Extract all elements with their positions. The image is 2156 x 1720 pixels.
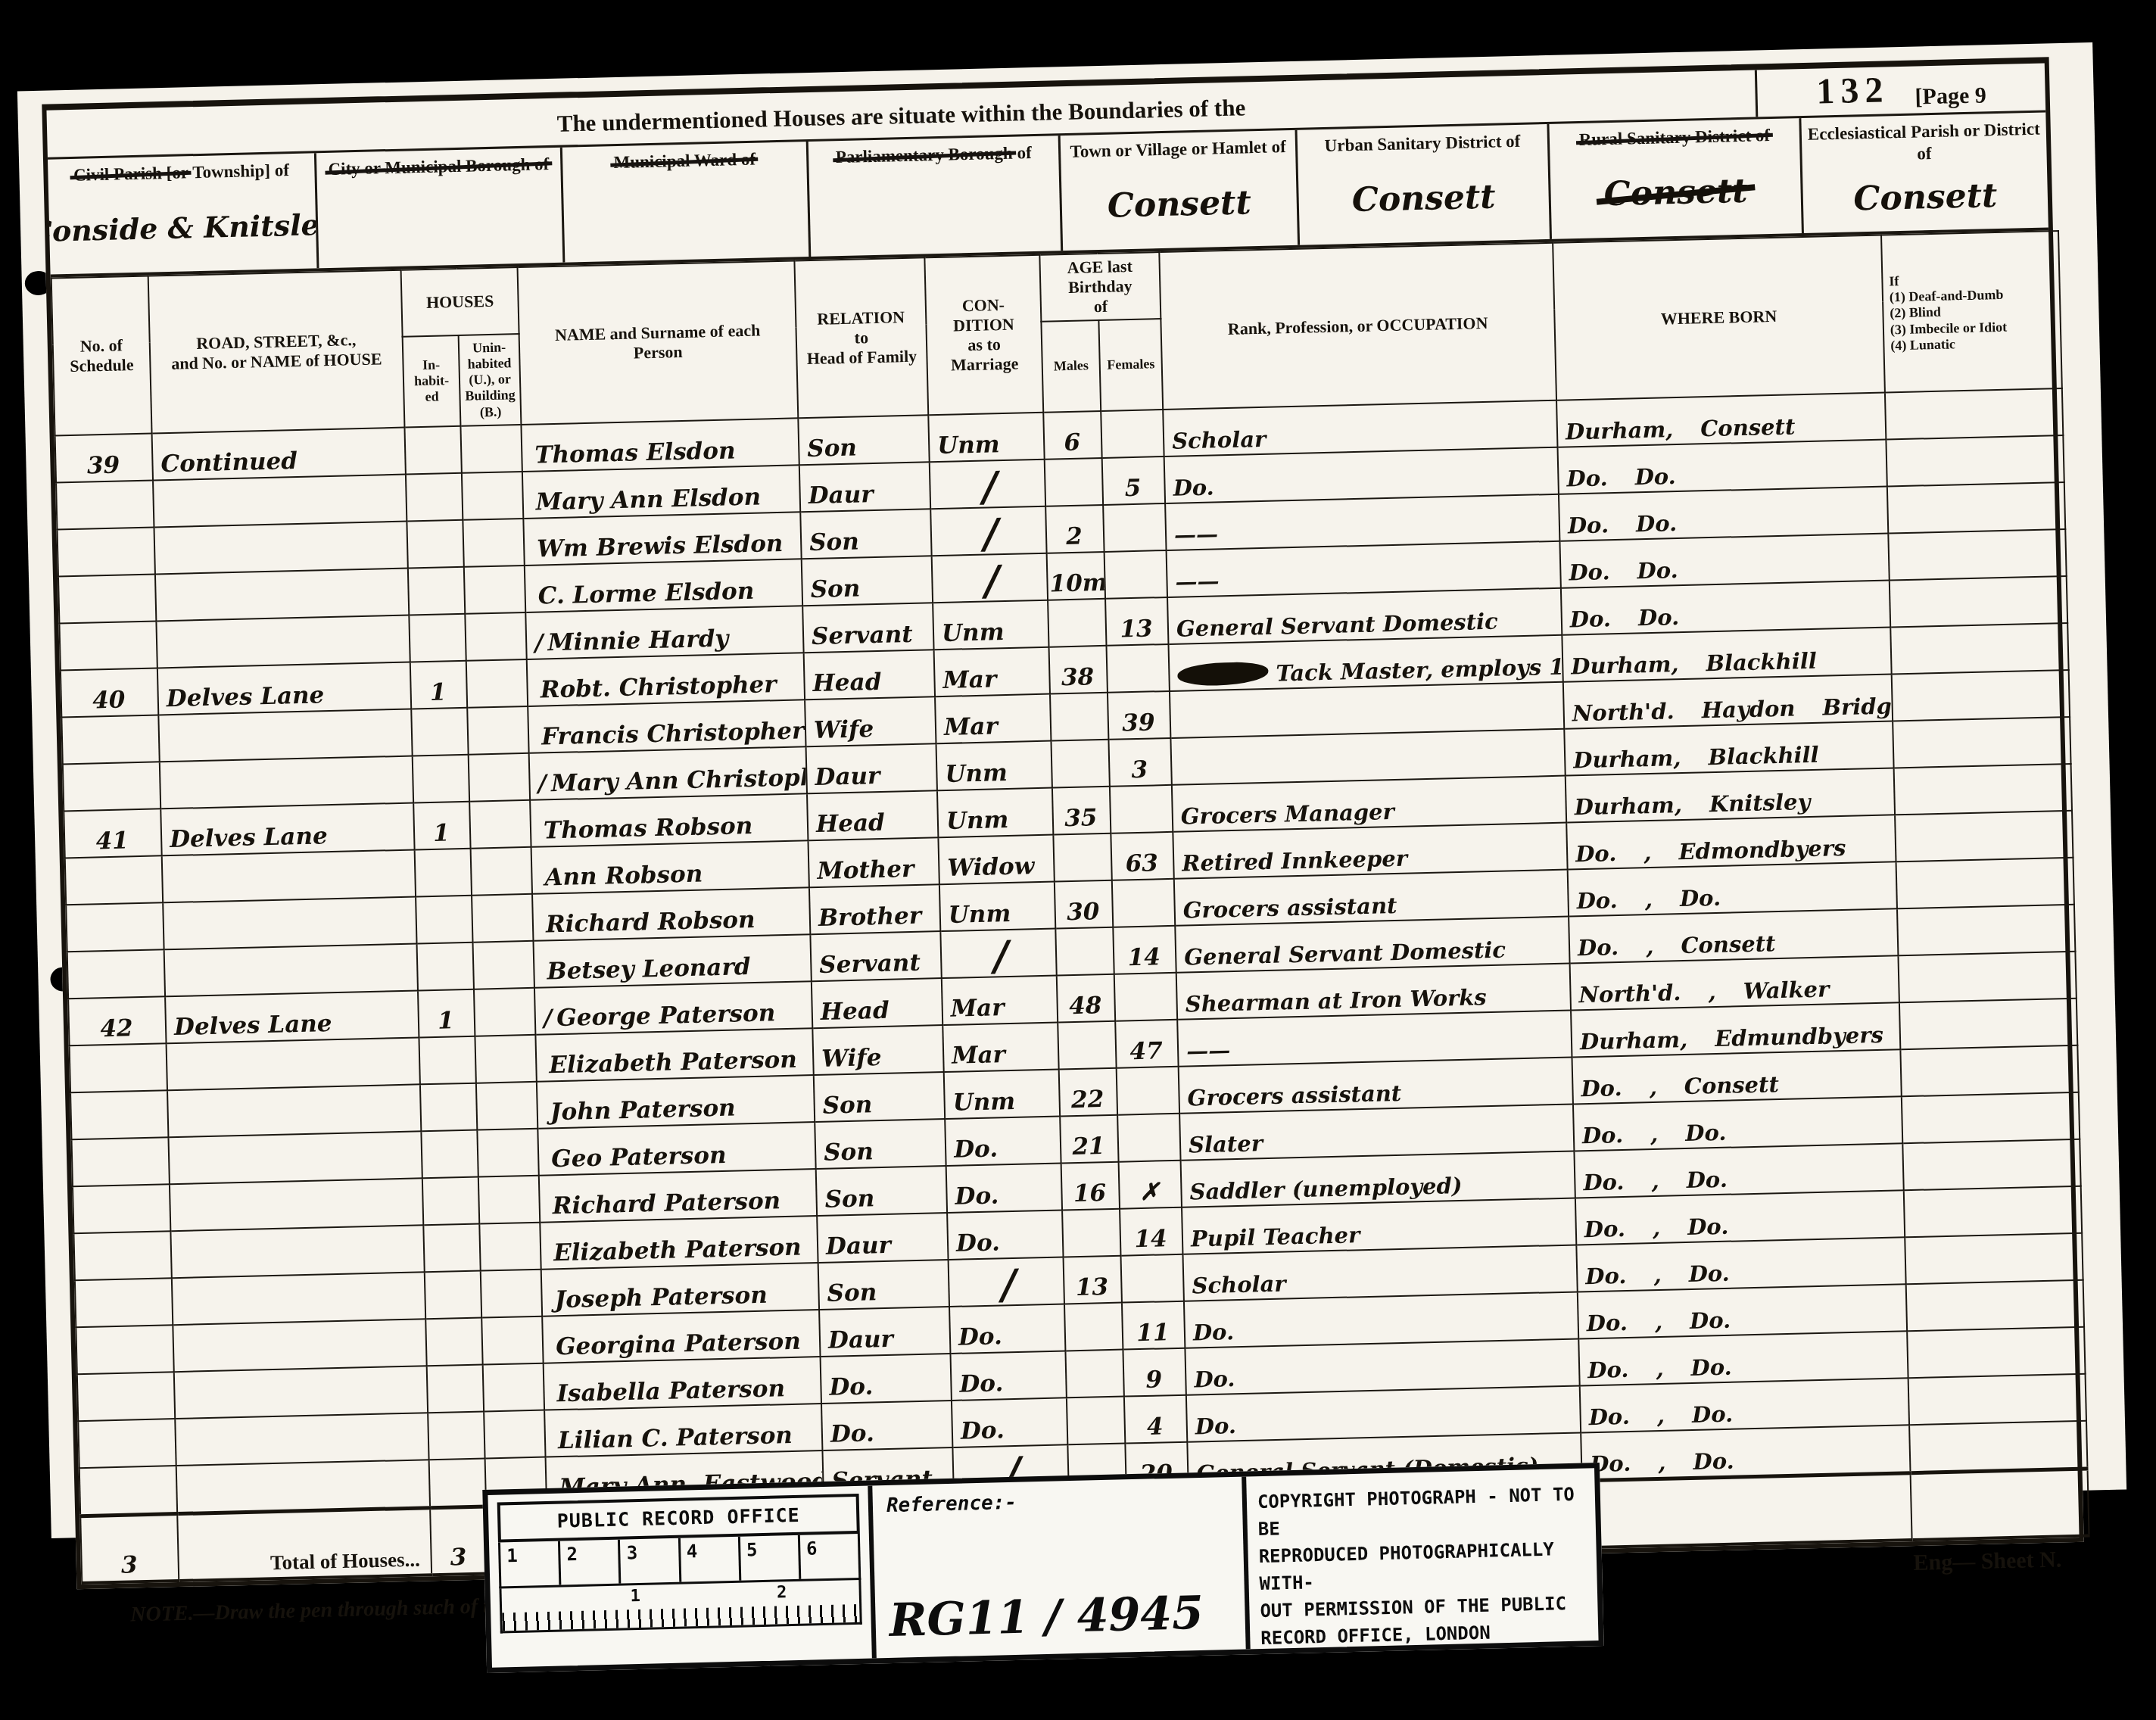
- ruler-number: 2: [777, 1583, 787, 1602]
- cell-born: North'd. Haydon Bridge: [1563, 674, 1893, 728]
- cell-relation: Son: [800, 509, 931, 559]
- cell-age-male: 30: [1055, 880, 1113, 929]
- cell-age-male: 13: [1064, 1256, 1122, 1304]
- cell-name: ∕Minnie Hardy: [525, 606, 803, 659]
- form-frame: The undermentioned Houses are situate wi…: [42, 57, 2083, 1589]
- cell-infirmity: [1907, 1327, 2085, 1378]
- cell-condition: Mar: [934, 647, 1050, 697]
- stamp-ruler-section: PUBLIC RECORD OFFICE 1 2 3 4 5 6 1 2: [488, 1486, 871, 1668]
- cell-condition: Mar: [942, 975, 1058, 1025]
- field-parliamentary-borough: Parliamentary Borough of: [806, 136, 1061, 257]
- census-body: 39 Continued Thomas Elsdon Son Unm 6 Sch…: [55, 388, 2088, 1516]
- pen-mark: [532, 536, 533, 563]
- scanned-census-page: { "colors": {"background": "#000000", "p…: [0, 0, 2156, 1720]
- cell-relation: Head: [812, 978, 942, 1028]
- field-civil-parish: Civil Parish [or Township] of Conside & …: [48, 153, 316, 274]
- cell-age-male: [1067, 1396, 1125, 1444]
- total-schedules: 3: [80, 1513, 179, 1582]
- cell-infirmity: [1885, 388, 2063, 439]
- cell-infirmity: [1896, 858, 2074, 908]
- cell-relation: Wife: [805, 696, 936, 746]
- cell-condition: /: [930, 506, 1046, 556]
- cell-age-female: 39: [1108, 691, 1170, 740]
- cell-born: Do. , Do.: [1568, 862, 1897, 916]
- field-value-handwritten: Consett: [1298, 152, 1550, 245]
- cell-name: Francis Christopher: [528, 700, 805, 753]
- cell-schedule: 39: [55, 433, 153, 482]
- cell-name: Robt. Christopher: [527, 653, 805, 706]
- cell-road: [168, 1131, 422, 1184]
- cell-name: Elizabeth Paterson: [535, 1028, 813, 1082]
- cell-age-male: 48: [1057, 974, 1115, 1023]
- cell-age-male: [1045, 458, 1103, 506]
- cell-relation: Wife: [812, 1025, 943, 1075]
- cell-infirmity: [1909, 1421, 2087, 1473]
- cell-age-male: [1062, 1209, 1120, 1257]
- cell-age-male: 2: [1045, 505, 1104, 553]
- struck-label: Municipal Ward of: [613, 149, 756, 174]
- pen-mark: [550, 1286, 550, 1313]
- cell-age-female: 14: [1120, 1207, 1182, 1256]
- cell-road: [176, 1460, 430, 1513]
- cell-relation: Son: [816, 1166, 947, 1216]
- cell-road: [160, 756, 413, 809]
- cell-uninhabited: [481, 1316, 543, 1365]
- cell-age-male: 6: [1043, 411, 1101, 460]
- cell-condition: Unm: [939, 881, 1055, 931]
- pen-mark: ∕: [534, 629, 544, 656]
- cell-age-female: 14: [1113, 926, 1176, 974]
- cell-road: [173, 1319, 426, 1372]
- cell-uninhabited: [481, 1270, 542, 1318]
- empty-cell: [1582, 1473, 1912, 1548]
- cell-schedule: [65, 855, 163, 905]
- col-header-schedule: No. of Schedule: [51, 276, 152, 436]
- cell-age-female: ✗: [1119, 1161, 1182, 1209]
- struck-label: Parliamentary Borough: [835, 143, 1013, 169]
- cell-relation: Son: [802, 556, 933, 606]
- pen-mark: [549, 1239, 550, 1267]
- ruler-number: 4: [678, 1537, 739, 1582]
- cell-condition: Do.: [947, 1210, 1063, 1260]
- col-header-uninhabited: Unin- habited (U.), or Building (B.): [459, 334, 522, 426]
- ruler-number: 5: [738, 1535, 799, 1581]
- cell-inhabited: [419, 1036, 475, 1085]
- cell-inhabited: [425, 1270, 481, 1319]
- field-label: Township] of: [192, 160, 289, 182]
- cell-condition: Unm: [936, 740, 1052, 790]
- cell-born: Do. , Do.: [1573, 1096, 1902, 1151]
- cell-infirmity: [1895, 811, 2073, 862]
- cell-uninhabited: [467, 706, 528, 755]
- cell-uninhabited: [479, 1223, 541, 1271]
- cell-uninhabited: [469, 800, 531, 849]
- cell-infirmity: [1898, 952, 2076, 1002]
- pen-mark: [547, 1145, 547, 1173]
- cell-relation: Mother: [808, 837, 939, 887]
- cell-uninhabited: [471, 847, 532, 896]
- cell-born: Durham, Edmundbyers: [1571, 1002, 1900, 1057]
- field-value-handwritten: Conside & Knitsley: [48, 181, 317, 275]
- field-rural-sanitary: Rural Sanitary District of Consett: [1547, 118, 1801, 239]
- cell-age-female: 9: [1123, 1348, 1185, 1397]
- cell-relation: Do.: [821, 1401, 952, 1450]
- cell-inhabited: [406, 473, 463, 522]
- cell-road: [153, 474, 407, 527]
- cell-relation: Daur: [806, 743, 937, 793]
- cell-condition: Do.: [949, 1304, 1065, 1354]
- cell-age-male: 22: [1059, 1068, 1117, 1117]
- cell-age-female: 5: [1102, 456, 1165, 505]
- cell-age-female: [1117, 1114, 1180, 1162]
- ruler-number: 3: [618, 1538, 679, 1584]
- cell-born: Do. Do.: [1561, 580, 1890, 634]
- field-value-handwritten: [563, 170, 809, 263]
- cell-condition: Unm: [928, 413, 1044, 463]
- pen-mark: ∕: [537, 770, 547, 797]
- cell-inhabited: [427, 1364, 484, 1413]
- cell-born: Do. , Consett: [1572, 1049, 1902, 1104]
- cell-condition: /: [949, 1257, 1064, 1307]
- cell-age-female: [1117, 1067, 1179, 1115]
- col-header-inhabited: In- habit- ed: [403, 335, 461, 428]
- cell-road: Continued: [152, 427, 406, 480]
- cell-infirmity: [1894, 764, 2072, 815]
- folio-box: 132 [Page 9: [1755, 63, 2045, 117]
- cell-born: Do. , Do.: [1578, 1284, 1907, 1338]
- col-header-infirmity: If (1) Deaf-and-Dumb (2) Blind (3) Imbec…: [1881, 231, 2062, 392]
- field-urban-sanitary: Urban Sanitary District of Consett: [1295, 124, 1550, 245]
- field-label: Ecclesiastical Parish or District of: [1808, 120, 2040, 164]
- cell-uninhabited: [483, 1363, 544, 1412]
- cell-road: [175, 1413, 428, 1466]
- cell-name: ∕George Paterson: [534, 981, 812, 1035]
- cell-condition: /: [932, 553, 1048, 603]
- cell-infirmity: [1899, 999, 2077, 1049]
- col-header-condition: CON- DITION as to Marriage: [924, 255, 1043, 415]
- cell-born: North'd. , Walker: [1570, 955, 1899, 1010]
- col-header-relation: RELATION to Head of Family: [794, 257, 928, 418]
- cell-name: Thomas Elsdon: [521, 418, 799, 472]
- cell-inhabited: 1: [418, 989, 475, 1038]
- col-header-houses-group: HOUSES: [401, 267, 519, 336]
- cell-inhabited: [417, 943, 474, 991]
- cell-name: Isabella Paterson: [544, 1357, 821, 1410]
- cell-schedule: [73, 1231, 171, 1280]
- cell-schedule: [56, 480, 154, 529]
- cell-age-female: [1112, 879, 1175, 927]
- cell-name: Richard Robson: [532, 887, 810, 941]
- cell-inhabited: [422, 1176, 479, 1225]
- cell-schedule: [58, 574, 156, 623]
- cell-inhabited: [408, 567, 465, 615]
- cell-road: [158, 709, 412, 762]
- cell-schedule: [75, 1278, 173, 1327]
- cell-condition: Unm: [933, 600, 1048, 650]
- cell-age-male: 35: [1052, 787, 1111, 835]
- cell-infirmity: [1893, 717, 2070, 768]
- cell-born: Do. , Consett: [1569, 908, 1898, 963]
- cell-condition: Unm: [937, 787, 1053, 837]
- field-town-village: Town or Village or Hamlet of Consett: [1058, 130, 1298, 251]
- cell-name: Mary Ann Elsdon: [522, 465, 800, 519]
- cell-inhabited: [411, 708, 468, 756]
- col-header-name: NAME and Surname of each Person: [518, 260, 799, 424]
- struck-label: Civil Parish [or: [73, 162, 189, 186]
- cell-road: [167, 1037, 420, 1090]
- cell-road: [172, 1272, 425, 1325]
- cell-road: [154, 521, 407, 574]
- cell-age-female: 11: [1122, 1301, 1185, 1350]
- cell-age-female: 47: [1115, 1020, 1178, 1068]
- cell-infirmity: [1886, 435, 2064, 486]
- cell-infirmity: [1888, 529, 2066, 580]
- cell-infirmity: [1904, 1186, 2082, 1237]
- field-value-handwritten: Consett: [1061, 158, 1298, 251]
- census-page-scan: ✶ ✶ The undermentioned Houses are situat…: [17, 42, 2126, 1538]
- cell-infirmity: [1900, 1045, 2078, 1096]
- cell-born: Do. , Do.: [1574, 1143, 1903, 1198]
- pen-mark: ∕: [543, 1005, 552, 1032]
- pen-mark: [531, 489, 531, 516]
- cell-relation: Daur: [799, 462, 930, 512]
- cell-condition: Do.: [950, 1351, 1066, 1401]
- cell-inhabited: [415, 849, 472, 897]
- ruler-number: 2: [558, 1540, 619, 1585]
- cell-born: Do. , Do.: [1580, 1378, 1909, 1432]
- cell-schedule: [63, 762, 160, 811]
- cell-uninhabited: [463, 519, 524, 567]
- cell-born: Do. Do.: [1559, 486, 1888, 541]
- total-houses-value: 3: [430, 1507, 488, 1575]
- cell-infirmity: [1887, 482, 2065, 533]
- cell-born: Do. , Do.: [1581, 1425, 1910, 1481]
- pen-mark: [537, 723, 537, 750]
- col-header-occupation: Rank, Profession, or OCCUPATION: [1159, 243, 1556, 410]
- cell-relation: Daur: [817, 1213, 948, 1263]
- cell-uninhabited: [484, 1410, 545, 1459]
- cell-age-female: [1114, 973, 1177, 1021]
- cell-age-female: [1101, 410, 1164, 458]
- cell-name: Lilian C. Paterson: [544, 1404, 822, 1457]
- cell-inhabited: [423, 1223, 480, 1272]
- cell-relation: Son: [815, 1119, 946, 1169]
- cell-born: Durham, Blackhill: [1564, 721, 1893, 775]
- field-label: Town or Village or Hamlet of: [1070, 137, 1286, 161]
- cell-inhabited: [409, 614, 466, 662]
- cell-schedule: [79, 1466, 177, 1516]
- cell-uninhabited: [473, 941, 534, 989]
- cell-infirmity: [1902, 1139, 2080, 1190]
- cell-age-female: [1110, 785, 1173, 834]
- cell-infirmity: [1905, 1233, 2083, 1284]
- cell-name: Geo Paterson: [537, 1122, 815, 1176]
- cell-relation: Son: [798, 415, 929, 465]
- cell-infirmity: [1902, 1092, 2080, 1143]
- cell-inhabited: [407, 520, 463, 569]
- cell-age-female: 3: [1108, 738, 1171, 787]
- cell-condition: Widow: [938, 834, 1054, 884]
- cell-age-female: [1103, 503, 1166, 552]
- field-ecclesiastical-parish: Ecclesiastical Parish or District of Con…: [1799, 112, 2048, 233]
- cell-schedule: [77, 1372, 175, 1421]
- cell-age-male: [1065, 1349, 1123, 1397]
- pen-mark: [533, 583, 534, 610]
- pen-mark: [551, 1333, 552, 1360]
- total-houses-label: Total of Houses...: [270, 1547, 420, 1574]
- cell-relation: Brother: [809, 884, 940, 934]
- census-form: The undermentioned Houses are situate wi…: [42, 57, 2085, 1628]
- cell-schedule: [66, 902, 164, 952]
- struck-label: Rural Sanitary District of: [1578, 125, 1770, 151]
- cell-age-male: [1048, 599, 1106, 647]
- cell-infirmity: [1890, 576, 2067, 627]
- cell-inhabited: [429, 1458, 486, 1507]
- field-municipal-ward: Municipal Ward of: [560, 142, 808, 263]
- cell-uninhabited: [477, 1129, 538, 1177]
- cell-name: Joseph Paterson: [541, 1263, 819, 1316]
- cell-schedule: [70, 1043, 167, 1092]
- sheet-footer: Eng— Sheet N.: [1913, 1547, 2062, 1576]
- cell-schedule: [71, 1137, 169, 1186]
- cell-name: C. Lorme Elsdon: [525, 559, 802, 612]
- cell-road: Delves Lane: [157, 662, 411, 715]
- cell-condition: /: [940, 928, 1056, 978]
- ruler-number: 1: [500, 1541, 559, 1587]
- col-header-females: Females: [1098, 319, 1163, 411]
- cell-road: Delves Lane: [160, 802, 414, 855]
- cell-uninhabited: [465, 612, 526, 661]
- cell-inhabited: [413, 755, 469, 803]
- cell-relation: Head: [807, 790, 938, 840]
- cell-uninhabited: [466, 659, 528, 708]
- ruler-number: 1: [630, 1587, 640, 1606]
- field-value-handwritten: [809, 164, 1061, 257]
- cell-uninhabited: [469, 753, 530, 802]
- stamp-ruler-ticks: 1 2: [499, 1580, 861, 1634]
- cell-name: John Paterson: [537, 1075, 815, 1129]
- pen-mark: [542, 958, 543, 985]
- cell-age-female: [1121, 1254, 1184, 1303]
- col-header-age-group: AGE last Birthday of: [1039, 252, 1161, 322]
- stamp-copyright-text: COPYRIGHT PHOTOGRAPH - NOT TO BE REPRODU…: [1246, 1468, 1598, 1649]
- cell-name: Wm Brewis Elsdon: [523, 512, 801, 566]
- cell-name: Richard Paterson: [539, 1169, 817, 1223]
- cell-road: [156, 615, 410, 668]
- pen-mark: [541, 911, 542, 938]
- cell-condition: Do.: [945, 1116, 1061, 1166]
- page-number-label: [Page 9: [1915, 83, 1986, 110]
- cell-age-female: 13: [1105, 597, 1168, 646]
- cell-uninhabited: [475, 1035, 536, 1083]
- cell-road: [170, 1225, 424, 1278]
- cell-age-female: [1107, 644, 1170, 693]
- pen-mark: [539, 817, 540, 844]
- cell-born: Do. , Edmondbyers: [1566, 815, 1896, 869]
- cell-relation: Do.: [821, 1354, 952, 1404]
- pen-mark: [540, 864, 541, 891]
- empty-cell: [1911, 1469, 2089, 1540]
- cell-infirmity: [1906, 1280, 2084, 1331]
- cell-schedule: [70, 1090, 168, 1139]
- cell-name: Elizabeth Paterson: [540, 1216, 818, 1270]
- cell-born: Durham, Knitsley: [1566, 768, 1895, 822]
- cell-road: Delves Lane: [165, 990, 419, 1043]
- cell-road: [170, 1178, 423, 1231]
- cell-born: Do. , Do.: [1578, 1331, 1908, 1385]
- cell-born: Do. Do.: [1559, 533, 1889, 587]
- cell-condition: Do.: [946, 1163, 1062, 1213]
- cell-name: Thomas Robson: [530, 793, 808, 847]
- cell-born: Do. Do.: [1558, 439, 1887, 494]
- cell-uninhabited: [472, 894, 533, 943]
- cell-condition: Unm: [944, 1069, 1060, 1119]
- cell-schedule: [78, 1419, 176, 1468]
- cell-name: Georgina Paterson: [542, 1310, 820, 1363]
- public-record-office-stamp: PUBLIC RECORD OFFICE 1 2 3 4 5 6 1 2 Ref…: [482, 1463, 1603, 1673]
- cell-schedule: [58, 527, 155, 576]
- cell-age-female: [1104, 550, 1167, 599]
- field-value-handwritten: Consett: [1802, 162, 2049, 233]
- cell-infirmity: [1892, 670, 2070, 721]
- cell-born: Durham, Consett: [1556, 392, 1886, 447]
- cell-relation: Head: [804, 650, 935, 700]
- cell-relation: Son: [814, 1072, 945, 1122]
- cell-uninhabited: [476, 1082, 537, 1130]
- folio-number: 132: [1816, 69, 1890, 112]
- cell-road: [155, 568, 409, 621]
- cell-inhabited: [404, 426, 461, 475]
- cell-age-female: 4: [1124, 1395, 1187, 1444]
- cell-relation: Son: [818, 1260, 949, 1310]
- pen-mark: [553, 1427, 554, 1454]
- field-label: Urban Sanitary District of: [1324, 132, 1520, 155]
- cell-schedule: [61, 715, 159, 764]
- cell-infirmity: [1897, 905, 2075, 955]
- col-header-born: WHERE BORN: [1553, 235, 1885, 400]
- cell-relation: Servant: [810, 931, 941, 981]
- cell-schedule: 40: [61, 668, 158, 717]
- pen-mark: [530, 442, 531, 469]
- cell-uninhabited: [464, 566, 525, 614]
- cell-born: Do. , Do.: [1575, 1190, 1905, 1245]
- cell-inhabited: [425, 1317, 482, 1366]
- census-table: No. of Schedule ROAD, STREET, &c., and N…: [51, 230, 2090, 1584]
- cell-age-male: 21: [1060, 1115, 1118, 1164]
- cell-road: [163, 896, 416, 949]
- cell-infirmity: [1908, 1374, 2086, 1425]
- stamp-reference-section: Reference:- RG11 / 4945: [868, 1476, 1250, 1658]
- cell-age-male: [1064, 1302, 1123, 1351]
- cell-schedule: 42: [68, 996, 166, 1045]
- cell-relation: Servant: [802, 603, 933, 653]
- cell-age-male: 16: [1061, 1162, 1120, 1211]
- cell-name: Ann Robson: [531, 840, 809, 894]
- cell-schedule: [59, 621, 157, 670]
- cell-inhabited: 1: [410, 661, 467, 709]
- cell-inhabited: [420, 1083, 477, 1132]
- field-label: of: [1017, 143, 1032, 162]
- cell-age-male: [1050, 693, 1108, 741]
- cell-road: [164, 943, 418, 996]
- cell-road: [162, 849, 416, 902]
- cell-condition: /: [930, 460, 1045, 509]
- cell-age-male: [1055, 927, 1114, 976]
- cell-road: [174, 1366, 428, 1419]
- cell-schedule: [67, 949, 165, 999]
- pen-mark: [547, 1192, 548, 1220]
- cell-age-male: 10mos: [1047, 552, 1105, 600]
